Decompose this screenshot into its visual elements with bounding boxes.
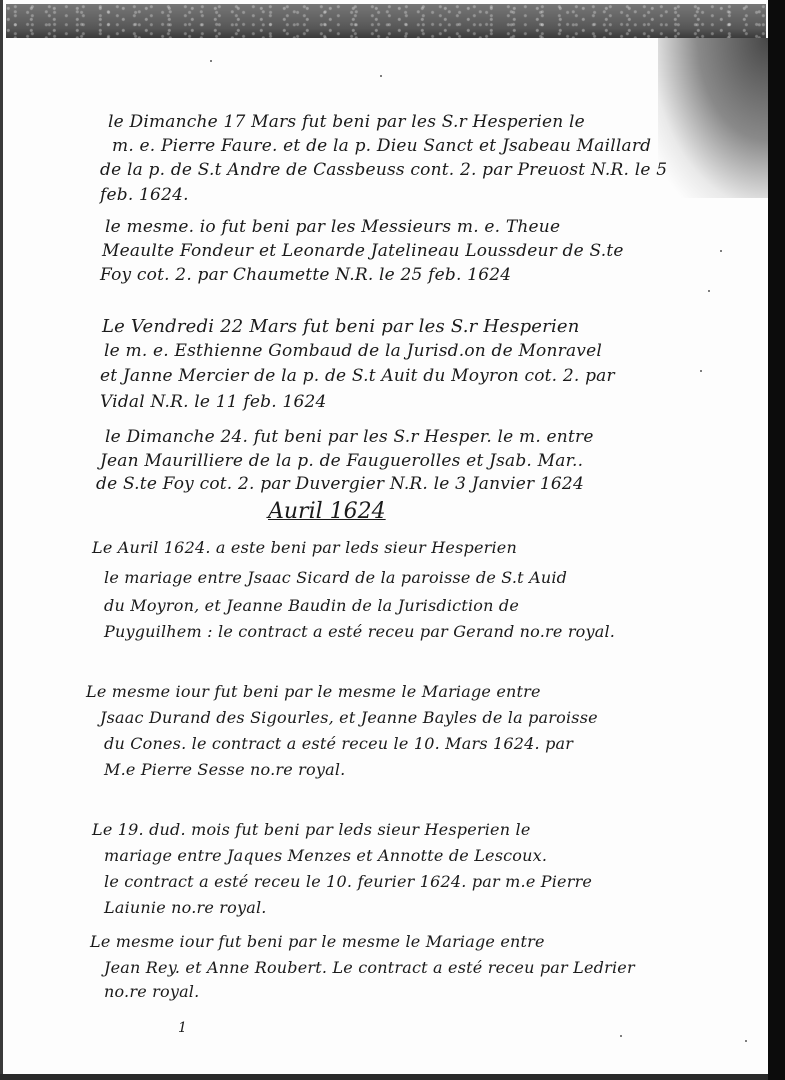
entry-line: Jean Rey. et Anne Roubert. Le contract a… xyxy=(104,958,635,977)
entry-line: Le mesme iour fut beni par le mesme le M… xyxy=(90,932,545,951)
entry-line: et Janne Mercier de la p. de S.t Auit du… xyxy=(100,366,615,386)
entry-line: du Moyron, et Jeanne Baudin de la Jurisd… xyxy=(104,596,519,615)
entry-line: le mesme. io fut beni par les Messieurs … xyxy=(105,217,560,237)
entry-line: feb. 1624. xyxy=(100,185,189,205)
scan-speck xyxy=(745,1040,747,1042)
entry-line: m. e. Pierre Faure. et de la p. Dieu San… xyxy=(112,136,651,156)
entry-line: le Dimanche 24. fut beni par les S.r Hes… xyxy=(105,427,594,447)
entry-line: le m. e. Esthienne Gombaud de la Jurisd.… xyxy=(104,341,602,361)
entry-line: le contract a esté receu le 10. feurier … xyxy=(104,872,592,891)
scan-speck xyxy=(620,1035,622,1037)
entry-line: le mariage entre Jsaac Sicard de la paro… xyxy=(104,568,567,587)
entry-line: Le 19. dud. mois fut beni par leds sieur… xyxy=(92,820,530,839)
entry-line: Laiunie no.re royal. xyxy=(104,898,267,917)
entry-line: du Cones. le contract a esté receu le 10… xyxy=(104,734,573,753)
entry-line: M.e Pierre Sesse no.re royal. xyxy=(104,760,345,779)
scan-speck xyxy=(720,250,722,252)
scanned-document-page: le Dimanche 17 Mars fut beni par les S.r… xyxy=(0,0,768,1080)
entry-line: Le Vendredi 22 Mars fut beni par les S.r… xyxy=(102,316,580,337)
entry-line: Le Auril 1624. a este beni par leds sieu… xyxy=(92,538,517,557)
handwritten-text: le Dimanche 17 Mars fut beni par les S.r… xyxy=(0,0,768,1080)
scan-speck xyxy=(210,60,212,62)
month-heading: Auril 1624 xyxy=(268,499,386,524)
entry-line: Foy cot. 2. par Chaumette N.R. le 25 feb… xyxy=(100,265,511,285)
page-mark: 1 xyxy=(178,1020,187,1036)
entry-line: mariage entre Jaques Menzes et Annotte d… xyxy=(104,846,547,865)
entry-line: Jsaac Durand des Sigourles, et Jeanne Ba… xyxy=(100,708,598,727)
entry-line: no.re royal. xyxy=(104,982,199,1001)
entry-line: le Dimanche 17 Mars fut beni par les S.r… xyxy=(108,112,585,132)
entry-line: Vidal N.R. le 11 feb. 1624 xyxy=(100,392,327,412)
entry-line: Puyguilhem : le contract a esté receu pa… xyxy=(104,622,615,641)
entry-line: de S.te Foy cot. 2. par Duvergier N.R. l… xyxy=(96,474,584,494)
scan-speck xyxy=(708,290,710,292)
entry-line: Le mesme iour fut beni par le mesme le M… xyxy=(86,682,541,701)
scan-speck xyxy=(700,370,702,372)
entry-line: Meaulte Fondeur et Leonarde Jatelineau L… xyxy=(102,241,624,261)
scan-right-edge xyxy=(768,0,785,1080)
entry-line: de la p. de S.t Andre de Cassbeuss cont.… xyxy=(100,160,667,180)
entry-line: Jean Maurilliere de la p. de Fauguerolle… xyxy=(100,451,583,471)
scan-speck xyxy=(380,75,382,77)
